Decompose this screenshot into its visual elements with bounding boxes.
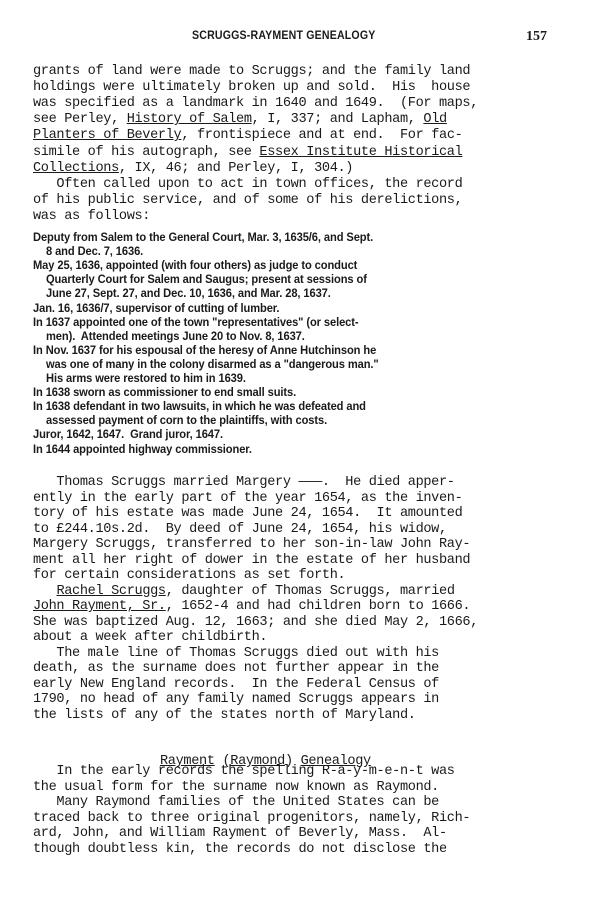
running-title: SCRUGGS-RAYMENT GENEALOGY xyxy=(192,30,376,42)
record-continuation: June 27, Sept. 27, and Dec. 10, 1636, an… xyxy=(46,287,331,301)
record-continuation: assessed payment of corn to the plaintif… xyxy=(46,414,327,428)
record-entry: Jan. 16, 1636/7, supervisor of cutting o… xyxy=(33,302,279,316)
text-line: though doubtless kin, the records do not… xyxy=(33,842,447,858)
record-continuation: 8 and Dec. 7, 1636. xyxy=(46,245,143,259)
text-line: grants of land were made to Scruggs; and… xyxy=(33,64,470,80)
record-entry: Juror, 1642, 1647. Grand juror, 1647. xyxy=(33,428,223,442)
text-line: She was baptized Aug. 12, 1663; and she … xyxy=(33,615,478,631)
text-line: was specified as a landmark in 1640 and … xyxy=(33,96,478,112)
text-line: was as follows: xyxy=(33,209,150,225)
text-line: for certain considerations as set forth. xyxy=(33,568,345,584)
underlined-reference: Old xyxy=(423,112,446,127)
text-line: The male line of Thomas Scruggs died out… xyxy=(33,646,439,662)
text-line: Collections, IX, 46; and Perley, I, 304.… xyxy=(33,161,353,177)
underlined-reference: John Rayment, Sr. xyxy=(33,599,166,614)
text-line: ard, John, and William Rayment of Beverl… xyxy=(33,826,447,842)
text-line: simile of his autograph, see Essex Insti… xyxy=(33,145,462,161)
record-entry: In 1638 defendant in two lawsuits, in wh… xyxy=(33,400,366,414)
text-line: the lists of any of the states north of … xyxy=(33,708,416,724)
record-continuation: His arms were restored to him in 1639. xyxy=(46,372,246,386)
underlined-reference: Collections xyxy=(33,161,119,176)
text-line: Often called upon to act in town offices… xyxy=(33,177,462,193)
underlined-reference: Essex Institute Historical xyxy=(259,145,462,160)
text-line: to £244.10s.2d. By deed of June 24, 1654… xyxy=(33,522,447,538)
page-number: 157 xyxy=(526,29,547,45)
record-entry: Deputy from Salem to the General Court, … xyxy=(33,231,373,245)
record-continuation: was one of many in the colony disarmed a… xyxy=(46,358,379,372)
record-entry: May 25, 1636, appointed (with four other… xyxy=(33,259,357,273)
underlined-reference: Rachel Scruggs xyxy=(56,584,165,599)
text-line: holdings were ultimately broken up and s… xyxy=(33,80,470,96)
underlined-reference: History of Salem xyxy=(127,112,252,127)
record-entry: In 1637 appointed one of the town "repre… xyxy=(33,316,359,330)
text-line: In the early records the spelling R-a-y-… xyxy=(33,764,455,780)
text-line: the usual form for the surname now known… xyxy=(33,780,439,796)
text-line: Thomas Scruggs married Margery ———. He d… xyxy=(33,475,455,491)
text-line: ment all her right of dower in the estat… xyxy=(33,553,470,569)
text-line: Rachel Scruggs, daughter of Thomas Scrug… xyxy=(33,584,455,600)
text-line: Many Raymond families of the United Stat… xyxy=(33,795,439,811)
record-continuation: men). Attended meetings June 20 to Nov. … xyxy=(46,330,305,344)
underlined-reference: Planters of Beverly xyxy=(33,128,181,143)
text-line: see Perley, History of Salem, I, 337; an… xyxy=(33,112,447,128)
page-header: SCRUGGS-RAYMENT GENEALOGY 157 xyxy=(0,30,593,50)
record-entry: In 1644 appointed highway commissioner. xyxy=(33,443,252,457)
record-continuation: Quarterly Court for Salem and Saugus; pr… xyxy=(46,273,367,287)
text-line: Margery Scruggs, transferred to her son-… xyxy=(33,537,470,553)
text-line: early New England records. In the Federa… xyxy=(33,677,439,693)
record-entry: In Nov. 1637 for his espousal of the her… xyxy=(33,344,376,358)
text-line: about a week after childbirth. xyxy=(33,630,267,646)
text-line: Planters of Beverly, frontispiece and at… xyxy=(33,128,462,144)
text-line: of his public service, and of some of hi… xyxy=(33,193,462,209)
record-entry: In 1638 sworn as commissioner to end sma… xyxy=(33,386,296,400)
text-line: 1790, no head of any family named Scrugg… xyxy=(33,692,439,708)
text-line: tory of his estate was made June 24, 165… xyxy=(33,506,462,522)
text-line: death, as the surname does not further a… xyxy=(33,661,439,677)
text-line: traced back to three original progenitor… xyxy=(33,811,470,827)
text-line: ently in the early part of the year 1654… xyxy=(33,491,462,507)
text-line: John Rayment, Sr., 1652-4 and had childr… xyxy=(33,599,470,615)
